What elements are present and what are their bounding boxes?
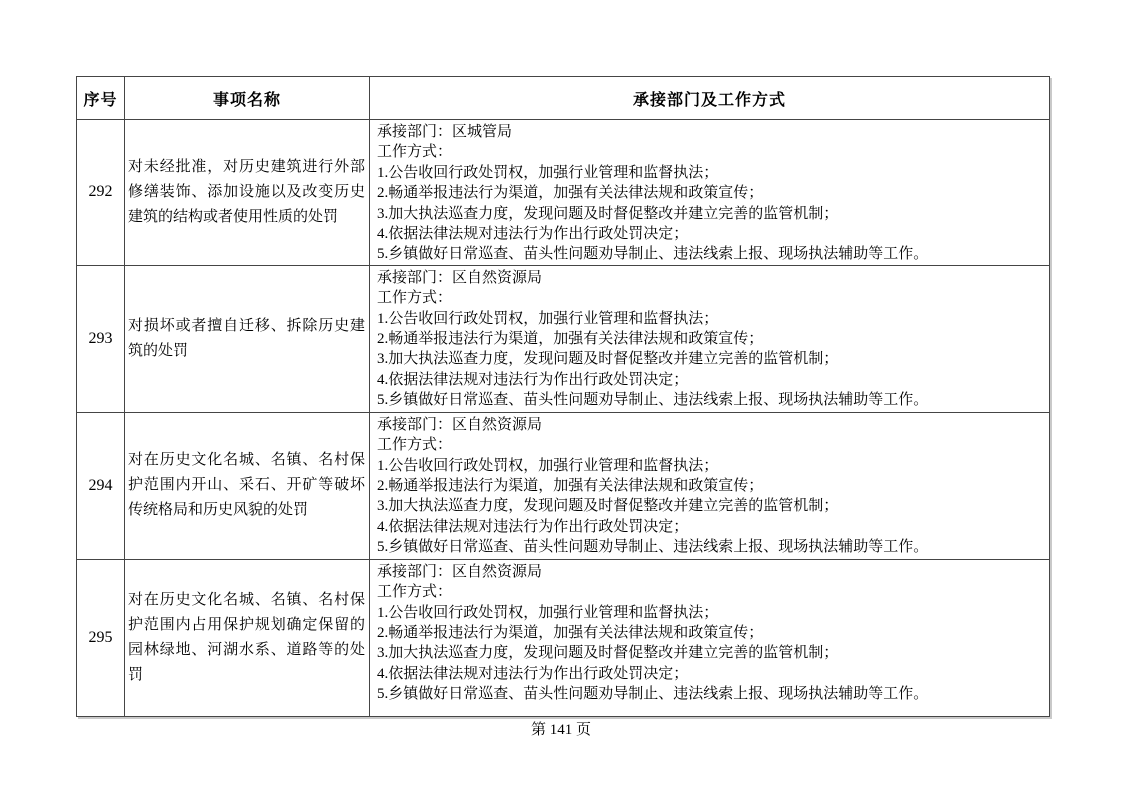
cell-department-method: 承接部门：区自然资源局 工作方式： 1.公告收回行政处罚权，加强行业管理和监督执… xyxy=(370,412,1050,559)
table-header-row: 序号 事项名称 承接部门及工作方式 xyxy=(77,77,1050,120)
method-label-line: 工作方式： xyxy=(377,142,1041,162)
table-header: 序号 事项名称 承接部门及工作方式 xyxy=(77,77,1050,120)
method-label-line: 工作方式： xyxy=(377,288,1041,308)
method-line-3: 3.加大执法巡查力度，发现问题及时督促整改并建立完善的监管机制； xyxy=(377,349,1041,369)
table-body: 292 对未经批准，对历史建筑进行外部修缮装饰、添加设施以及改变历史建筑的结构或… xyxy=(77,120,1050,717)
method-line-4: 4.依据法律法规对违法行为作出行政处罚决定； xyxy=(377,224,1041,244)
cell-department-method: 承接部门：区自然资源局 工作方式： 1.公告收回行政处罚权，加强行业管理和监督执… xyxy=(370,559,1050,716)
table-row-294: 294 对在历史文化名城、名镇、名村保护范围内开山、采石、开矿等破坏传统格局和历… xyxy=(77,412,1050,559)
table-row-295: 295 对在历史文化名城、名镇、名村保护范围内占用保护规划确定保留的园林绿地、河… xyxy=(77,559,1050,716)
method-line-5: 5.乡镇做好日常巡查、苗头性问题劝导制止、违法线索上报、现场执法辅助等工作。 xyxy=(377,390,1041,410)
method-line-2: 2.畅通举报违法行为渠道，加强有关法律法规和政策宣传； xyxy=(377,623,1041,643)
method-line-3: 3.加大执法巡查力度，发现问题及时督促整改并建立完善的监管机制； xyxy=(377,204,1041,224)
method-line-5: 5.乡镇做好日常巡查、苗头性问题劝导制止、违法线索上报、现场执法辅助等工作。 xyxy=(377,684,1041,704)
method-line-3: 3.加大执法巡查力度，发现问题及时督促整改并建立完善的监管机制； xyxy=(377,643,1041,663)
method-label-line: 工作方式： xyxy=(377,435,1041,455)
method-line-1: 1.公告收回行政处罚权，加强行业管理和监督执法； xyxy=(377,309,1041,329)
page-number: 第 141 页 xyxy=(0,721,1122,739)
department-line: 承接部门：区自然资源局 xyxy=(377,562,1041,582)
transfer-items-table: 序号 事项名称 承接部门及工作方式 292 对未经批准，对历史建筑进行外部修缮装… xyxy=(76,76,1050,717)
method-line-1: 1.公告收回行政处罚权，加强行业管理和监督执法； xyxy=(377,603,1041,623)
table-row-293: 293 对损坏或者擅自迁移、拆除历史建筑的处罚 承接部门：区自然资源局 工作方式… xyxy=(77,265,1050,412)
method-line-2: 2.畅通举报违法行为渠道，加强有关法律法规和政策宣传； xyxy=(377,329,1041,349)
cell-department-method: 承接部门：区自然资源局 工作方式： 1.公告收回行政处罚权，加强行业管理和监督执… xyxy=(370,265,1050,412)
cell-item-name: 对未经批准，对历史建筑进行外部修缮装饰、添加设施以及改变历史建筑的结构或者使用性… xyxy=(125,120,370,266)
cell-serial: 292 xyxy=(77,120,125,266)
header-item-name: 事项名称 xyxy=(125,77,370,120)
cell-serial: 293 xyxy=(77,265,125,412)
method-line-1: 1.公告收回行政处罚权，加强行业管理和监督执法； xyxy=(377,163,1041,183)
method-line-2: 2.畅通举报违法行为渠道，加强有关法律法规和政策宣传； xyxy=(377,476,1041,496)
table-row-292: 292 对未经批准，对历史建筑进行外部修缮装饰、添加设施以及改变历史建筑的结构或… xyxy=(77,120,1050,266)
method-line-1: 1.公告收回行政处罚权，加强行业管理和监督执法； xyxy=(377,456,1041,476)
method-line-4: 4.依据法律法规对违法行为作出行政处罚决定； xyxy=(377,370,1041,390)
method-line-3: 3.加大执法巡查力度，发现问题及时督促整改并建立完善的监管机制； xyxy=(377,496,1041,516)
method-label-line: 工作方式： xyxy=(377,582,1041,602)
header-department-method: 承接部门及工作方式 xyxy=(370,77,1050,120)
document-page: 序号 事项名称 承接部门及工作方式 292 对未经批准，对历史建筑进行外部修缮装… xyxy=(0,0,1122,793)
method-line-4: 4.依据法律法规对违法行为作出行政处罚决定； xyxy=(377,664,1041,684)
method-line-2: 2.畅通举报违法行为渠道，加强有关法律法规和政策宣传； xyxy=(377,183,1041,203)
method-line-5: 5.乡镇做好日常巡查、苗头性问题劝导制止、违法线索上报、现场执法辅助等工作。 xyxy=(377,537,1041,557)
cell-item-name: 对损坏或者擅自迁移、拆除历史建筑的处罚 xyxy=(125,265,370,412)
cell-department-method: 承接部门：区城管局 工作方式： 1.公告收回行政处罚权，加强行业管理和监督执法；… xyxy=(370,120,1050,266)
cell-item-name: 对在历史文化名城、名镇、名村保护范围内开山、采石、开矿等破坏传统格局和历史风貌的… xyxy=(125,412,370,559)
cell-item-name: 对在历史文化名城、名镇、名村保护范围内占用保护规划确定保留的园林绿地、河湖水系、… xyxy=(125,559,370,716)
cell-serial: 294 xyxy=(77,412,125,559)
cell-serial: 295 xyxy=(77,559,125,716)
department-line: 承接部门：区自然资源局 xyxy=(377,415,1041,435)
department-line: 承接部门：区城管局 xyxy=(377,122,1041,142)
method-line-5: 5.乡镇做好日常巡查、苗头性问题劝导制止、违法线索上报、现场执法辅助等工作。 xyxy=(377,244,1041,264)
method-line-4: 4.依据法律法规对违法行为作出行政处罚决定； xyxy=(377,517,1041,537)
department-line: 承接部门：区自然资源局 xyxy=(377,268,1041,288)
header-serial: 序号 xyxy=(77,77,125,120)
